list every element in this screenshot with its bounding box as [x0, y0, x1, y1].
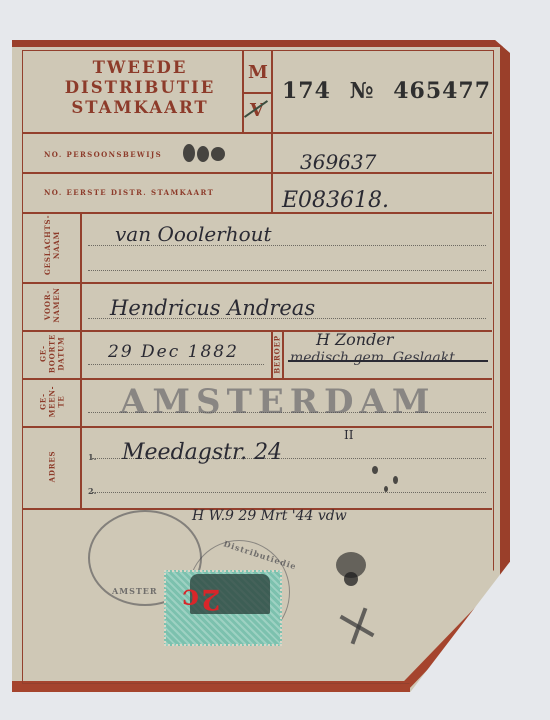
divider [80, 212, 82, 508]
ink-speck [384, 486, 388, 492]
gender-m: M [248, 62, 268, 83]
ink-stain [197, 146, 209, 162]
stamp-overprint: 2c [180, 583, 221, 616]
divider [242, 92, 272, 94]
card-border-top [12, 40, 510, 47]
numero-symbol: № [350, 78, 375, 104]
card-title: TWEEDE DISTRIBUTIE STAMKAART [40, 58, 240, 118]
eerste-stamkaart-value: E083618. [282, 188, 389, 213]
divider [282, 330, 284, 378]
strikethrough-line [288, 360, 488, 362]
card-border-right [500, 40, 510, 575]
adres-line1-value: Meedagstr. 24 [122, 440, 282, 465]
divider [22, 172, 492, 174]
fill-line [88, 364, 264, 365]
adres-line-number-1: 1. [88, 452, 96, 462]
divider [242, 50, 244, 132]
fingerprint-blot [344, 572, 358, 586]
fill-line [92, 492, 486, 493]
divider [22, 330, 492, 332]
oval-stamp-text: AMSTER [112, 586, 158, 596]
divider [22, 132, 492, 134]
title-line-1: TWEEDE [40, 58, 240, 78]
annotation-note: H W.9 29 Mrt '44 vdw [192, 508, 347, 524]
voornamen-label: VOOR- NAMEN [43, 279, 61, 331]
title-line-2: DISTRIBUTIE [40, 78, 240, 98]
adres-floor-suffix: II [344, 428, 353, 442]
title-line-3: STAMKAART [40, 98, 240, 118]
persoonsbewijs-value: 369637 [300, 150, 376, 174]
gemeente-label: GE- MEEN- TE [39, 376, 66, 428]
persoonsbewijs-label: NO. PERSOONSBEWIJS [44, 150, 162, 159]
serial-prefix: 174 [282, 78, 331, 104]
divider [22, 212, 492, 214]
divider [22, 378, 492, 380]
voornamen-value: Hendricus Andreas [110, 296, 315, 320]
divider [22, 282, 492, 284]
adres-label: ADRES [48, 441, 57, 493]
geboortedatum-label: GE- BOORTE DATUM [39, 328, 66, 380]
serial-number: 174 № 465477 [282, 78, 491, 104]
geslachtsnaam-value: van Ooolerhout [115, 222, 272, 246]
geboortedatum-value: 29 Dec 1882 [108, 342, 239, 362]
ink-stain [211, 147, 225, 161]
divider [271, 50, 273, 212]
ink-speck [372, 466, 378, 474]
serial-value: 465477 [393, 78, 491, 104]
divider [22, 426, 492, 428]
adres-line-number-2: 2. [88, 486, 96, 496]
gemeente-stamp: AMSTERDAM [120, 382, 436, 422]
beroep-struck-value: medisch gem. Geslaakt [290, 350, 455, 366]
geslachtsnaam-label: GESLACHTS- NAAM [43, 215, 61, 275]
eerste-stamkaart-label: NO. EERSTE DISTR. STAMKAART [44, 188, 214, 197]
beroep-label: BEROEP [273, 330, 282, 380]
fill-line [88, 270, 486, 271]
ink-speck [393, 476, 398, 484]
ink-stain [183, 144, 195, 162]
beroep-value: H Zonder [316, 330, 393, 349]
